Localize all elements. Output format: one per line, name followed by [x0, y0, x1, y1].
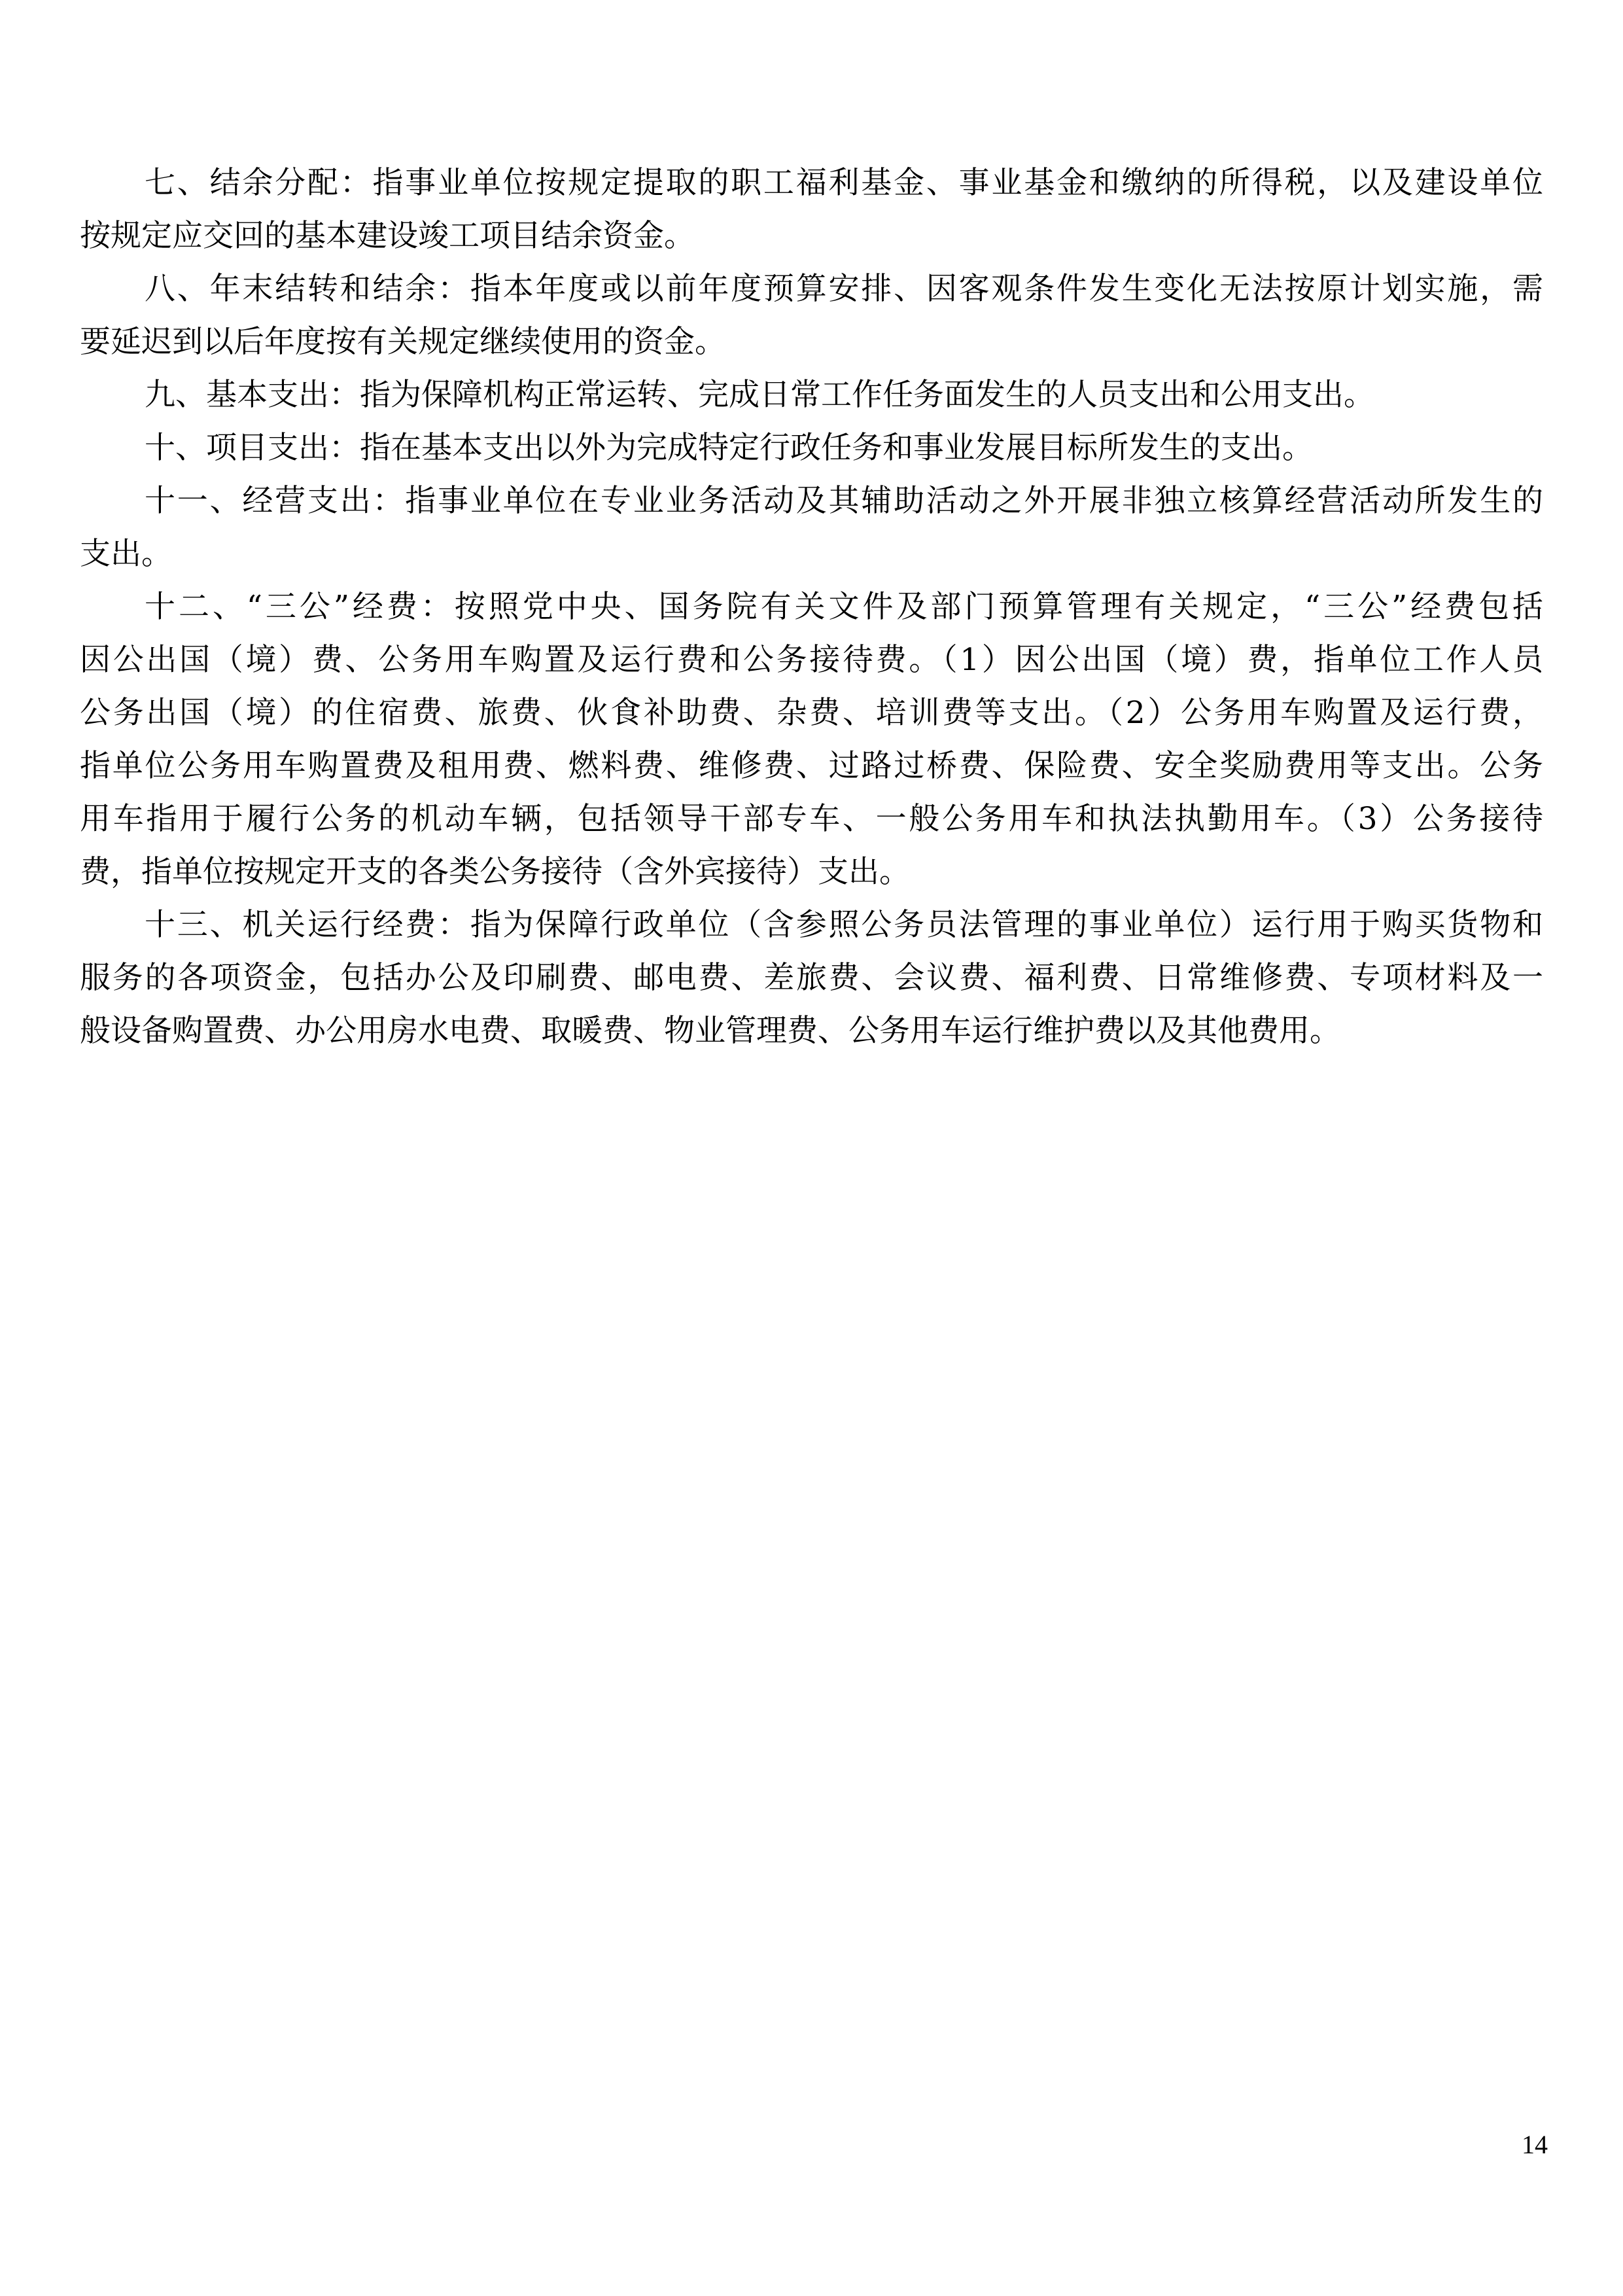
text-line: 费，指单位按规定开支的各类公务接待（含外宾接待）支出。 — [80, 850, 1543, 903]
text-line: 要延迟到以后年度按有关规定继续使用的资金。 — [80, 320, 1543, 373]
text-line: 七、结余分配：指事业单位按规定提取的职工福利基金、事业基金和缴纳的所得税，以及建… — [80, 161, 1543, 214]
text-line: 十二、“三公”经费：按照党中央、国务院有关文件及部门预算管理有关规定，“三公”经… — [80, 585, 1543, 638]
text-line: 十三、机关运行经费：指为保障行政单位（含参照公务员法管理的事业单位）运行用于购买… — [80, 903, 1543, 956]
document-body: 七、结余分配：指事业单位按规定提取的职工福利基金、事业基金和缴纳的所得税，以及建… — [80, 161, 1543, 1062]
text-line: 八、年末结转和结余：指本年度或以前年度预算安排、因客观条件发生变化无法按原计划实… — [80, 267, 1543, 320]
text-line: 十、项目支出：指在基本支出以外为完成特定行政任务和事业发展目标所发生的支出。 — [80, 426, 1543, 479]
text-line: 指单位公务用车购置费及租用费、燃料费、维修费、过路过桥费、保险费、安全奖励费用等… — [80, 744, 1543, 797]
paragraph-surplus-distribution: 七、结余分配：指事业单位按规定提取的职工福利基金、事业基金和缴纳的所得税，以及建… — [80, 161, 1543, 267]
paragraph-three-public-expenses: 十二、“三公”经费：按照党中央、国务院有关文件及部门预算管理有关规定，“三公”经… — [80, 585, 1543, 903]
text-line: 九、基本支出：指为保障机构正常运转、完成日常工作任务面发生的人员支出和公用支出。 — [80, 373, 1543, 426]
text-line: 服务的各项资金，包括办公及印刷费、邮电费、差旅费、会议费、福利费、日常维修费、专… — [80, 956, 1543, 1009]
paragraph-year-end-carryover: 八、年末结转和结余：指本年度或以前年度预算安排、因客观条件发生变化无法按原计划实… — [80, 267, 1543, 373]
text-line: 支出。 — [80, 532, 1543, 585]
text-line: 按规定应交回的基本建设竣工项目结余资金。 — [80, 214, 1543, 267]
text-line: 公务出国（境）的住宿费、旅费、伙食补助费、杂费、培训费等支出。（2）公务用车购置… — [80, 691, 1543, 744]
page-number: 14 — [1522, 2130, 1548, 2159]
text-line: 用车指用于履行公务的机动车辆，包括领导干部专车、一般公务用车和执法执勤用车。（3… — [80, 797, 1543, 850]
text-line: 般设备购置费、办公用房水电费、取暖费、物业管理费、公务用车运行维护费以及其他费用… — [80, 1009, 1543, 1062]
paragraph-project-expenditure: 十、项目支出：指在基本支出以外为完成特定行政任务和事业发展目标所发生的支出。 — [80, 426, 1543, 479]
text-line: 因公出国（境）费、公务用车购置及运行费和公务接待费。（1）因公出国（境）费，指单… — [80, 638, 1543, 691]
paragraph-operating-expenditure: 十一、经营支出：指事业单位在专业业务活动及其辅助活动之外开展非独立核算经营活动所… — [80, 479, 1543, 585]
paragraph-agency-operating-funds: 十三、机关运行经费：指为保障行政单位（含参照公务员法管理的事业单位）运行用于购买… — [80, 903, 1543, 1062]
paragraph-basic-expenditure: 九、基本支出：指为保障机构正常运转、完成日常工作任务面发生的人员支出和公用支出。 — [80, 373, 1543, 426]
document-page: 七、结余分配：指事业单位按规定提取的职工福利基金、事业基金和缴纳的所得税，以及建… — [0, 0, 1623, 2296]
text-line: 十一、经营支出：指事业单位在专业业务活动及其辅助活动之外开展非独立核算经营活动所… — [80, 479, 1543, 532]
